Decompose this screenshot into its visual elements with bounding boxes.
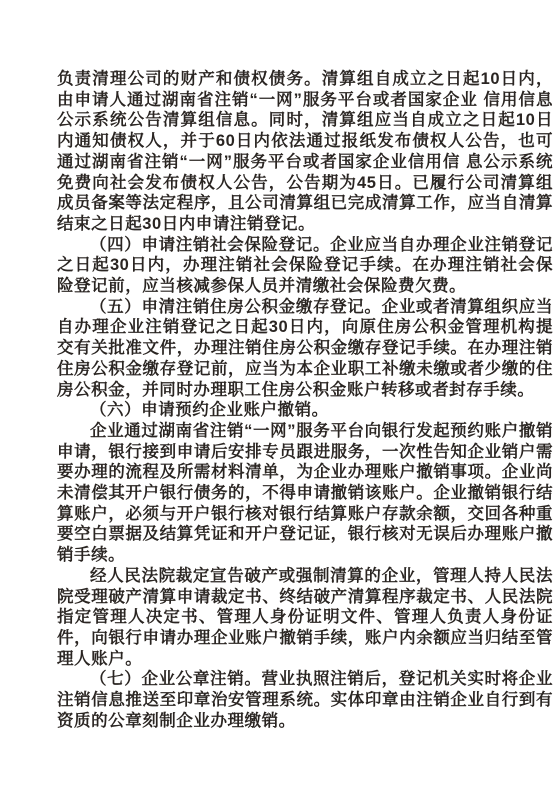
paragraph-clearing-group-continuation: 负责清理公司的财产和债权债务。清算组自成立之日起10日内，由申请人通过湖南省注销…: [57, 69, 553, 235]
paragraph-item-six-account-cancellation-heading: （六）申请预约企业账户撤销。: [57, 400, 553, 421]
paragraph-item-four-social-insurance: （四）申请注销社会保险登记。企业应当自办理企业注销登记之日起30日内，办理注销社…: [57, 235, 553, 297]
paragraph-bank-account-cancellation-procedure: 企业通过湖南省注销“一网”服务平台向银行发起预约账户撤销申请，银行接到申请后安排…: [57, 421, 553, 566]
paragraph-bankruptcy-administrator-procedure: 经人民法院裁定宣告破产或强制清算的企业，管理人持人民法院受理破产清算申请裁定书、…: [57, 566, 553, 670]
document-body: 负责清理公司的财产和债权债务。清算组自成立之日起10日内，由申请人通过湖南省注销…: [57, 69, 553, 732]
paragraph-item-five-housing-fund: （五）申清注销住房公积金缴存登记。企业或者清算组织应当自办理企业注销登记之日起3…: [57, 297, 553, 401]
document-page: 负责清理公司的财产和债权债务。清算组自成立之日起10日内，由申请人通过湖南省注销…: [0, 0, 559, 793]
paragraph-item-seven-seal-cancellation: （七）企业公章注销。营业执照注销后，登记机关实时将企业注销信息推送至印章治安管理…: [57, 669, 553, 731]
